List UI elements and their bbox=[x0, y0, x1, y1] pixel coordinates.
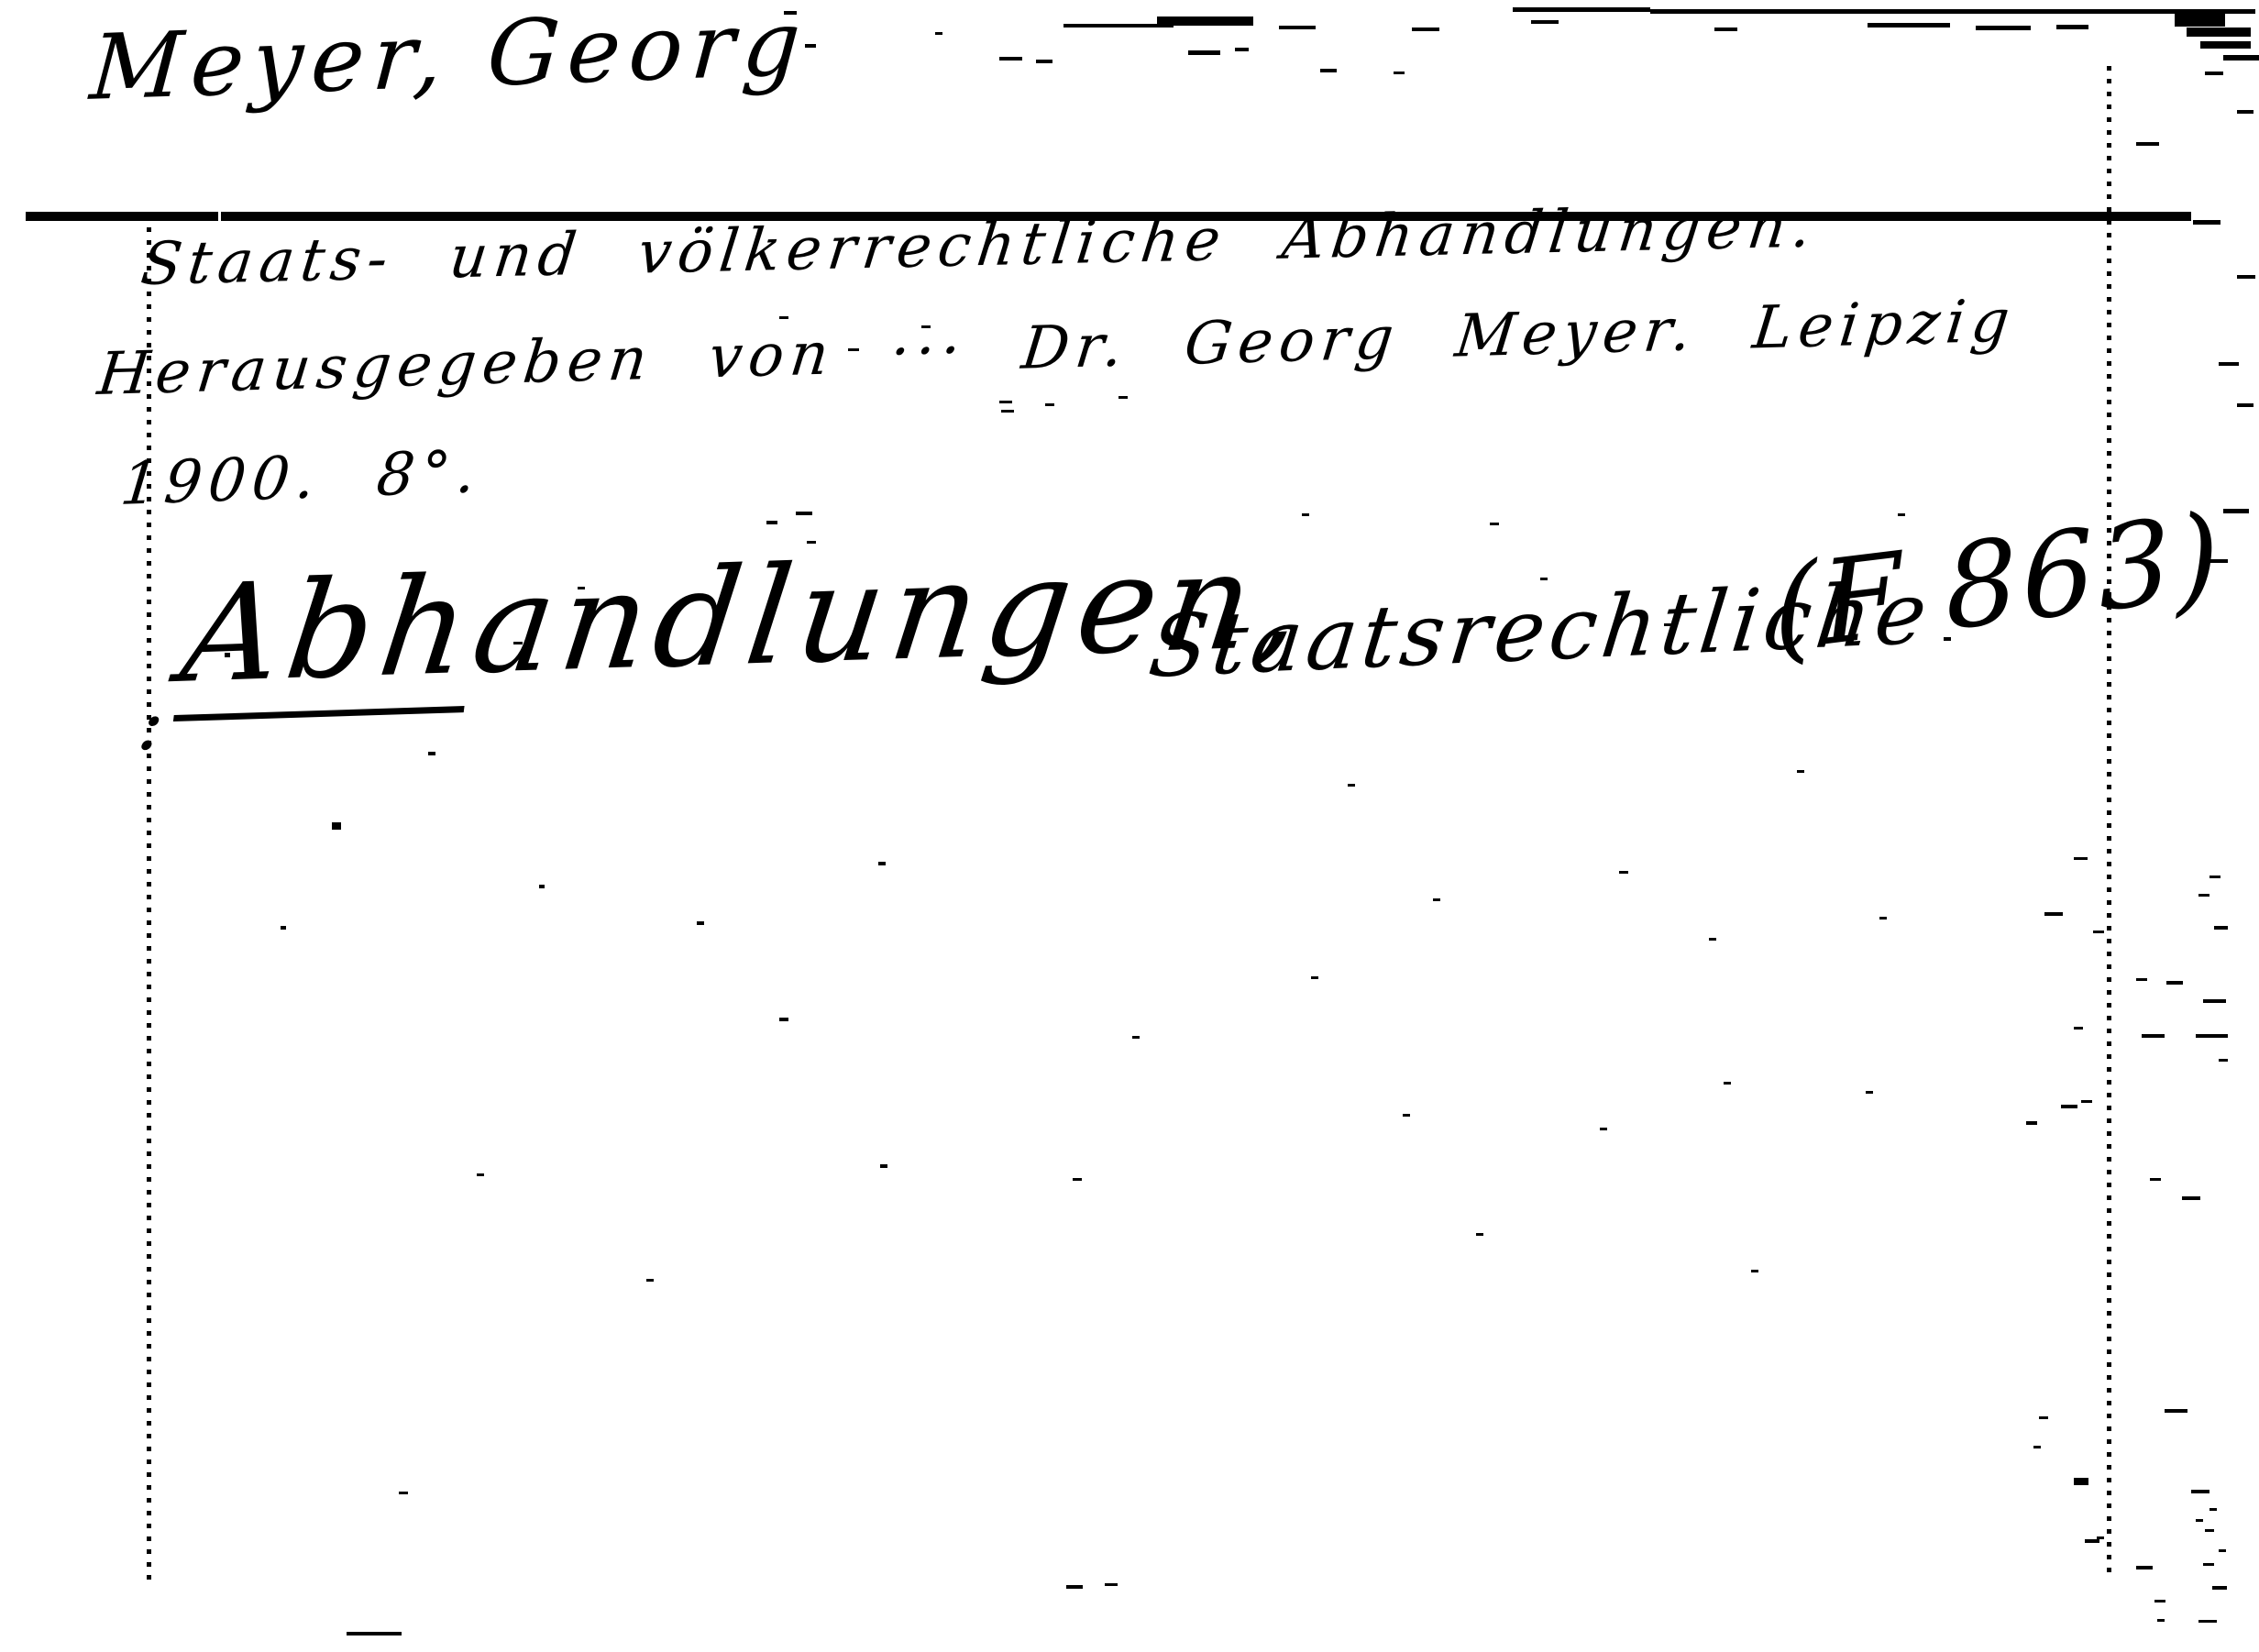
scan-speck bbox=[2074, 1478, 2088, 1485]
scan-speck bbox=[2237, 110, 2253, 114]
scan-speck bbox=[1105, 1583, 1118, 1586]
scan-speck bbox=[1348, 784, 1355, 787]
heading-author: Meyer, Georg bbox=[87, 0, 811, 121]
scan-speck bbox=[1279, 26, 1316, 29]
scan-speck bbox=[281, 926, 286, 930]
scan-speck bbox=[880, 1164, 887, 1168]
margin-line-right bbox=[2107, 66, 2111, 1580]
scan-speck bbox=[1531, 20, 1559, 24]
scan-speck bbox=[2085, 1539, 2099, 1543]
scan-speck bbox=[578, 587, 585, 589]
scan-speck bbox=[2039, 1416, 2048, 1419]
body-title-line: Staats- und völkerrechtliche Abhandlunge… bbox=[138, 193, 1821, 299]
scan-speck bbox=[1412, 28, 1439, 31]
scan-speck bbox=[2212, 1586, 2227, 1590]
crossref-term-underlined-part: Abh bbox=[173, 547, 484, 721]
scan-speck bbox=[2175, 14, 2225, 27]
scan-speck bbox=[2223, 55, 2259, 61]
scan-speck bbox=[1540, 578, 1548, 580]
scan-speck bbox=[1513, 7, 1650, 12]
scan-speck bbox=[2150, 1178, 2161, 1181]
scan-speck bbox=[848, 348, 859, 351]
scan-speck bbox=[2033, 1446, 2041, 1448]
scan-speck bbox=[1403, 1114, 1410, 1117]
scan-speck bbox=[2142, 1034, 2165, 1038]
scan-speck bbox=[1724, 1082, 1731, 1085]
scan-speck bbox=[2166, 981, 2183, 985]
scan-speck bbox=[2196, 1519, 2203, 1522]
scan-speck bbox=[2203, 1563, 2214, 1566]
scan-speck bbox=[539, 885, 545, 888]
scan-speck bbox=[1709, 938, 1716, 941]
scan-speck bbox=[1751, 1270, 1758, 1272]
body-year-line: 1900. 8°. bbox=[117, 438, 485, 519]
scan-speck bbox=[2209, 876, 2220, 878]
scan-speck bbox=[1235, 48, 1249, 51]
scan-speck bbox=[1320, 69, 1337, 72]
scan-speck bbox=[878, 862, 886, 865]
scan-speck bbox=[779, 1018, 788, 1021]
scan-speck bbox=[2056, 25, 2088, 29]
scan-speck bbox=[805, 44, 816, 48]
scan-speck bbox=[1976, 26, 2031, 30]
crossref-shelfmark: (F 863) bbox=[1769, 488, 2226, 677]
scan-speck bbox=[807, 541, 816, 544]
scan-speck bbox=[428, 752, 435, 755]
scan-speck bbox=[999, 57, 1022, 61]
scan-speck bbox=[2081, 1100, 2092, 1103]
margin-line-left bbox=[147, 227, 151, 1582]
scan-speck bbox=[1797, 770, 1804, 773]
scan-speck bbox=[1157, 17, 1253, 26]
scan-speck bbox=[2136, 142, 2159, 146]
scan-speck bbox=[697, 921, 704, 925]
scan-speck bbox=[2219, 1059, 2228, 1062]
scan-speck bbox=[2209, 559, 2228, 563]
scan-speck bbox=[347, 1632, 402, 1635]
scan-speck bbox=[2191, 1490, 2209, 1493]
scan-speck bbox=[1650, 9, 2255, 14]
scan-speck bbox=[646, 1279, 654, 1282]
crossref-prefix: : bbox=[134, 680, 169, 767]
scan-speck bbox=[2061, 1105, 2077, 1108]
scan-speck bbox=[1118, 396, 1128, 399]
scan-speck bbox=[2237, 403, 2253, 407]
scan-speck bbox=[784, 11, 797, 15]
scan-speck bbox=[2219, 1549, 2226, 1552]
scan-speck bbox=[2074, 1027, 2083, 1030]
scan-speck bbox=[1600, 1128, 1607, 1130]
scan-speck bbox=[2237, 275, 2255, 279]
scan-speck bbox=[2165, 1409, 2187, 1413]
scan-speck bbox=[2209, 1508, 2217, 1511]
scan-speck bbox=[779, 316, 788, 319]
scan-speck bbox=[2187, 28, 2251, 37]
scan-speck bbox=[2044, 912, 2063, 916]
scan-speck bbox=[1188, 50, 1220, 55]
scan-speck bbox=[1001, 410, 1014, 413]
scan-speck bbox=[1132, 1036, 1140, 1039]
scan-speck bbox=[2203, 999, 2226, 1003]
scan-speck bbox=[1944, 637, 1951, 641]
scan-speck bbox=[935, 32, 942, 35]
scan-speck bbox=[1036, 60, 1052, 63]
scan-speck bbox=[513, 642, 523, 644]
scan-speck bbox=[2093, 931, 2104, 933]
scan-speck bbox=[999, 401, 1012, 403]
scan-speck bbox=[2154, 1600, 2165, 1602]
scan-speck bbox=[1073, 1178, 1082, 1181]
scan-speck bbox=[332, 822, 341, 830]
scan-speck bbox=[477, 1173, 484, 1176]
scan-speck bbox=[766, 521, 777, 524]
scan-speck bbox=[921, 325, 931, 328]
scan-speck bbox=[2214, 926, 2228, 930]
scan-speck bbox=[2196, 1034, 2228, 1038]
scan-speck bbox=[2223, 509, 2249, 513]
scan-speck bbox=[1433, 898, 1440, 901]
scan-speck bbox=[225, 653, 230, 657]
body-imprint-line: Herausgegeben von ··· Dr. Georg Meyer. L… bbox=[94, 287, 2019, 409]
scan-speck bbox=[1866, 1091, 1873, 1094]
scan-speck bbox=[1868, 23, 1950, 28]
scan-speck bbox=[2200, 41, 2251, 49]
scan-speck bbox=[1714, 28, 1737, 31]
scan-speck bbox=[1619, 871, 1628, 874]
scan-speck bbox=[2136, 978, 2147, 981]
scan-speck bbox=[1311, 976, 1318, 979]
catalog-card: Meyer, Georg Staats- und völkerrechtlich… bbox=[0, 0, 2259, 1652]
scan-speck bbox=[2193, 220, 2220, 225]
scan-speck bbox=[2026, 1121, 2037, 1125]
scan-speck bbox=[1394, 72, 1405, 74]
scan-speck bbox=[1664, 623, 1673, 626]
scan-speck bbox=[2198, 1620, 2217, 1623]
scan-speck bbox=[1045, 403, 1054, 406]
scan-speck bbox=[2157, 1619, 2165, 1622]
scan-speck bbox=[1302, 513, 1309, 516]
scan-speck bbox=[2198, 894, 2209, 897]
scan-speck bbox=[2205, 1529, 2214, 1532]
scan-speck bbox=[1879, 917, 1887, 920]
scan-speck bbox=[399, 1492, 408, 1494]
scan-speck bbox=[2182, 1196, 2200, 1200]
scan-speck bbox=[1490, 523, 1499, 525]
scan-speck bbox=[2219, 362, 2239, 366]
scan-speck bbox=[1066, 1585, 1083, 1589]
scan-speck bbox=[1476, 1233, 1483, 1236]
scan-speck bbox=[2074, 857, 2088, 860]
scan-speck bbox=[1898, 513, 1905, 516]
scan-speck bbox=[796, 512, 812, 515]
scan-speck bbox=[2205, 72, 2223, 75]
scan-speck bbox=[2097, 1536, 2104, 1539]
scan-speck bbox=[2136, 1566, 2153, 1569]
